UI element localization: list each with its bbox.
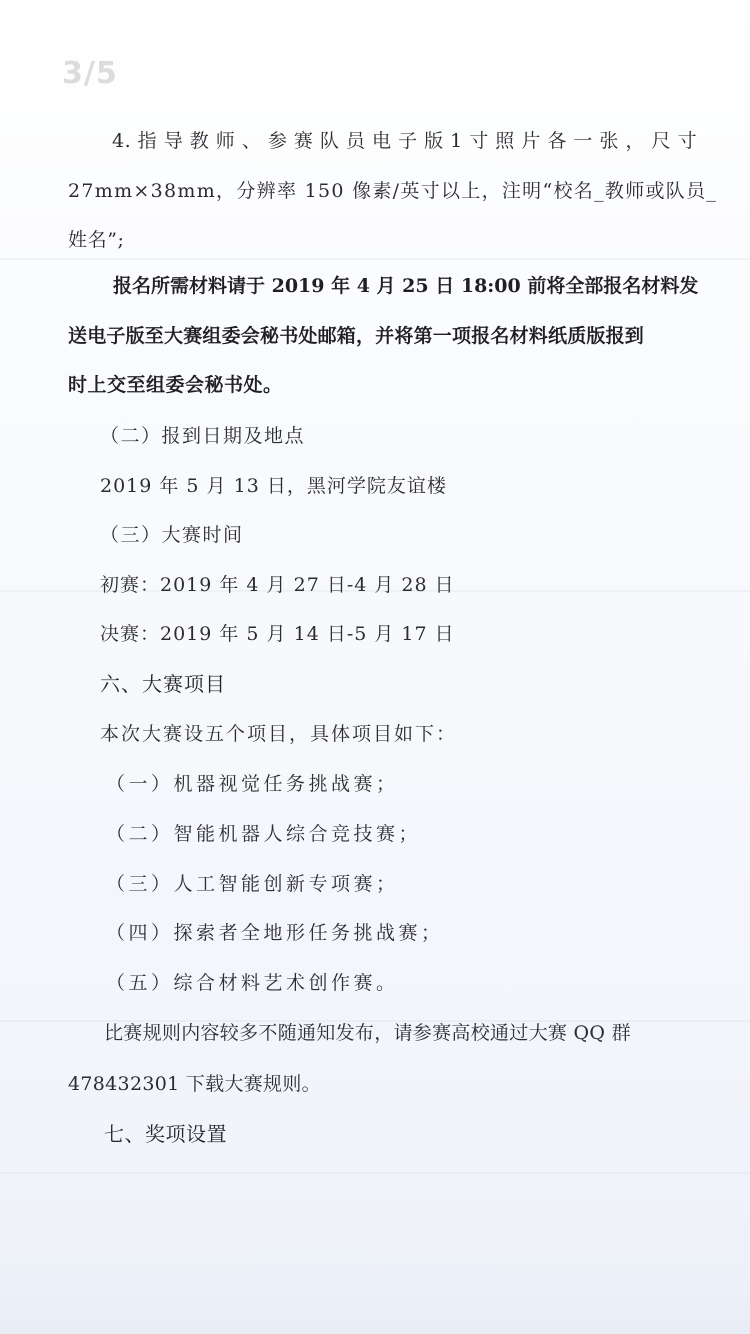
item4-line3: 姓名”;	[68, 227, 125, 253]
submission-line3: 时上交至组委会秘书处。	[68, 372, 283, 398]
schedule-preliminary: 初赛：2019 年 4 月 27 日-4 月 28 日	[100, 572, 455, 598]
page-indicator: 3/5	[62, 56, 118, 91]
bottom-fade	[0, 1180, 750, 1334]
submission-line2: 送电子版至大赛组委会秘书处邮箱，并将第一项报名材料纸质版报到	[68, 323, 644, 349]
schedule-final: 决赛：2019 年 5 月 14 日-5 月 17 日	[100, 621, 455, 647]
scan-band	[0, 1172, 750, 1174]
section6-intro: 本次大赛设五个项目，具体项目如下：	[100, 721, 457, 747]
project-item: （四）探索者全地形任务挑战赛；	[106, 920, 444, 946]
submission-line1: 报名所需材料请于 2019 年 4 月 25 日 18:00 前将全部报名材料发	[113, 273, 698, 299]
document-page: 3/5 4. 指 导 教 师 、 参 赛 队 员 电 子 版 1 寸 照 片 各…	[0, 0, 750, 1334]
project-item: （三）人工智能创新专项赛；	[106, 871, 399, 897]
registration-heading: （二）报到日期及地点	[100, 423, 305, 449]
item4-line2: 27mm×38mm，分辨率 150 像素/英寸以上，注明“校名_教师或队员_	[68, 178, 717, 204]
project-item: （五）综合材料艺术创作赛。	[106, 970, 399, 996]
rules-line2: 478432301 下载大赛规则。	[68, 1071, 321, 1097]
schedule-heading: （三）大赛时间	[100, 522, 244, 548]
scan-band	[0, 258, 750, 260]
section6-heading: 六、大赛项目	[100, 671, 226, 697]
project-item: （一）机器视觉任务挑战赛；	[106, 771, 399, 797]
section7-heading: 七、奖项设置	[104, 1121, 227, 1147]
project-item: （二）智能机器人综合竞技赛；	[106, 821, 421, 847]
rules-line1: 比赛规则内容较多不随通知发布，请参赛高校通过大赛 QQ 群	[104, 1020, 631, 1046]
item4-line1: 4. 指 导 教 师 、 参 赛 队 员 电 子 版 1 寸 照 片 各 一 张…	[112, 128, 697, 154]
registration-detail: 2019 年 5 月 13 日，黑河学院友谊楼	[100, 473, 447, 499]
